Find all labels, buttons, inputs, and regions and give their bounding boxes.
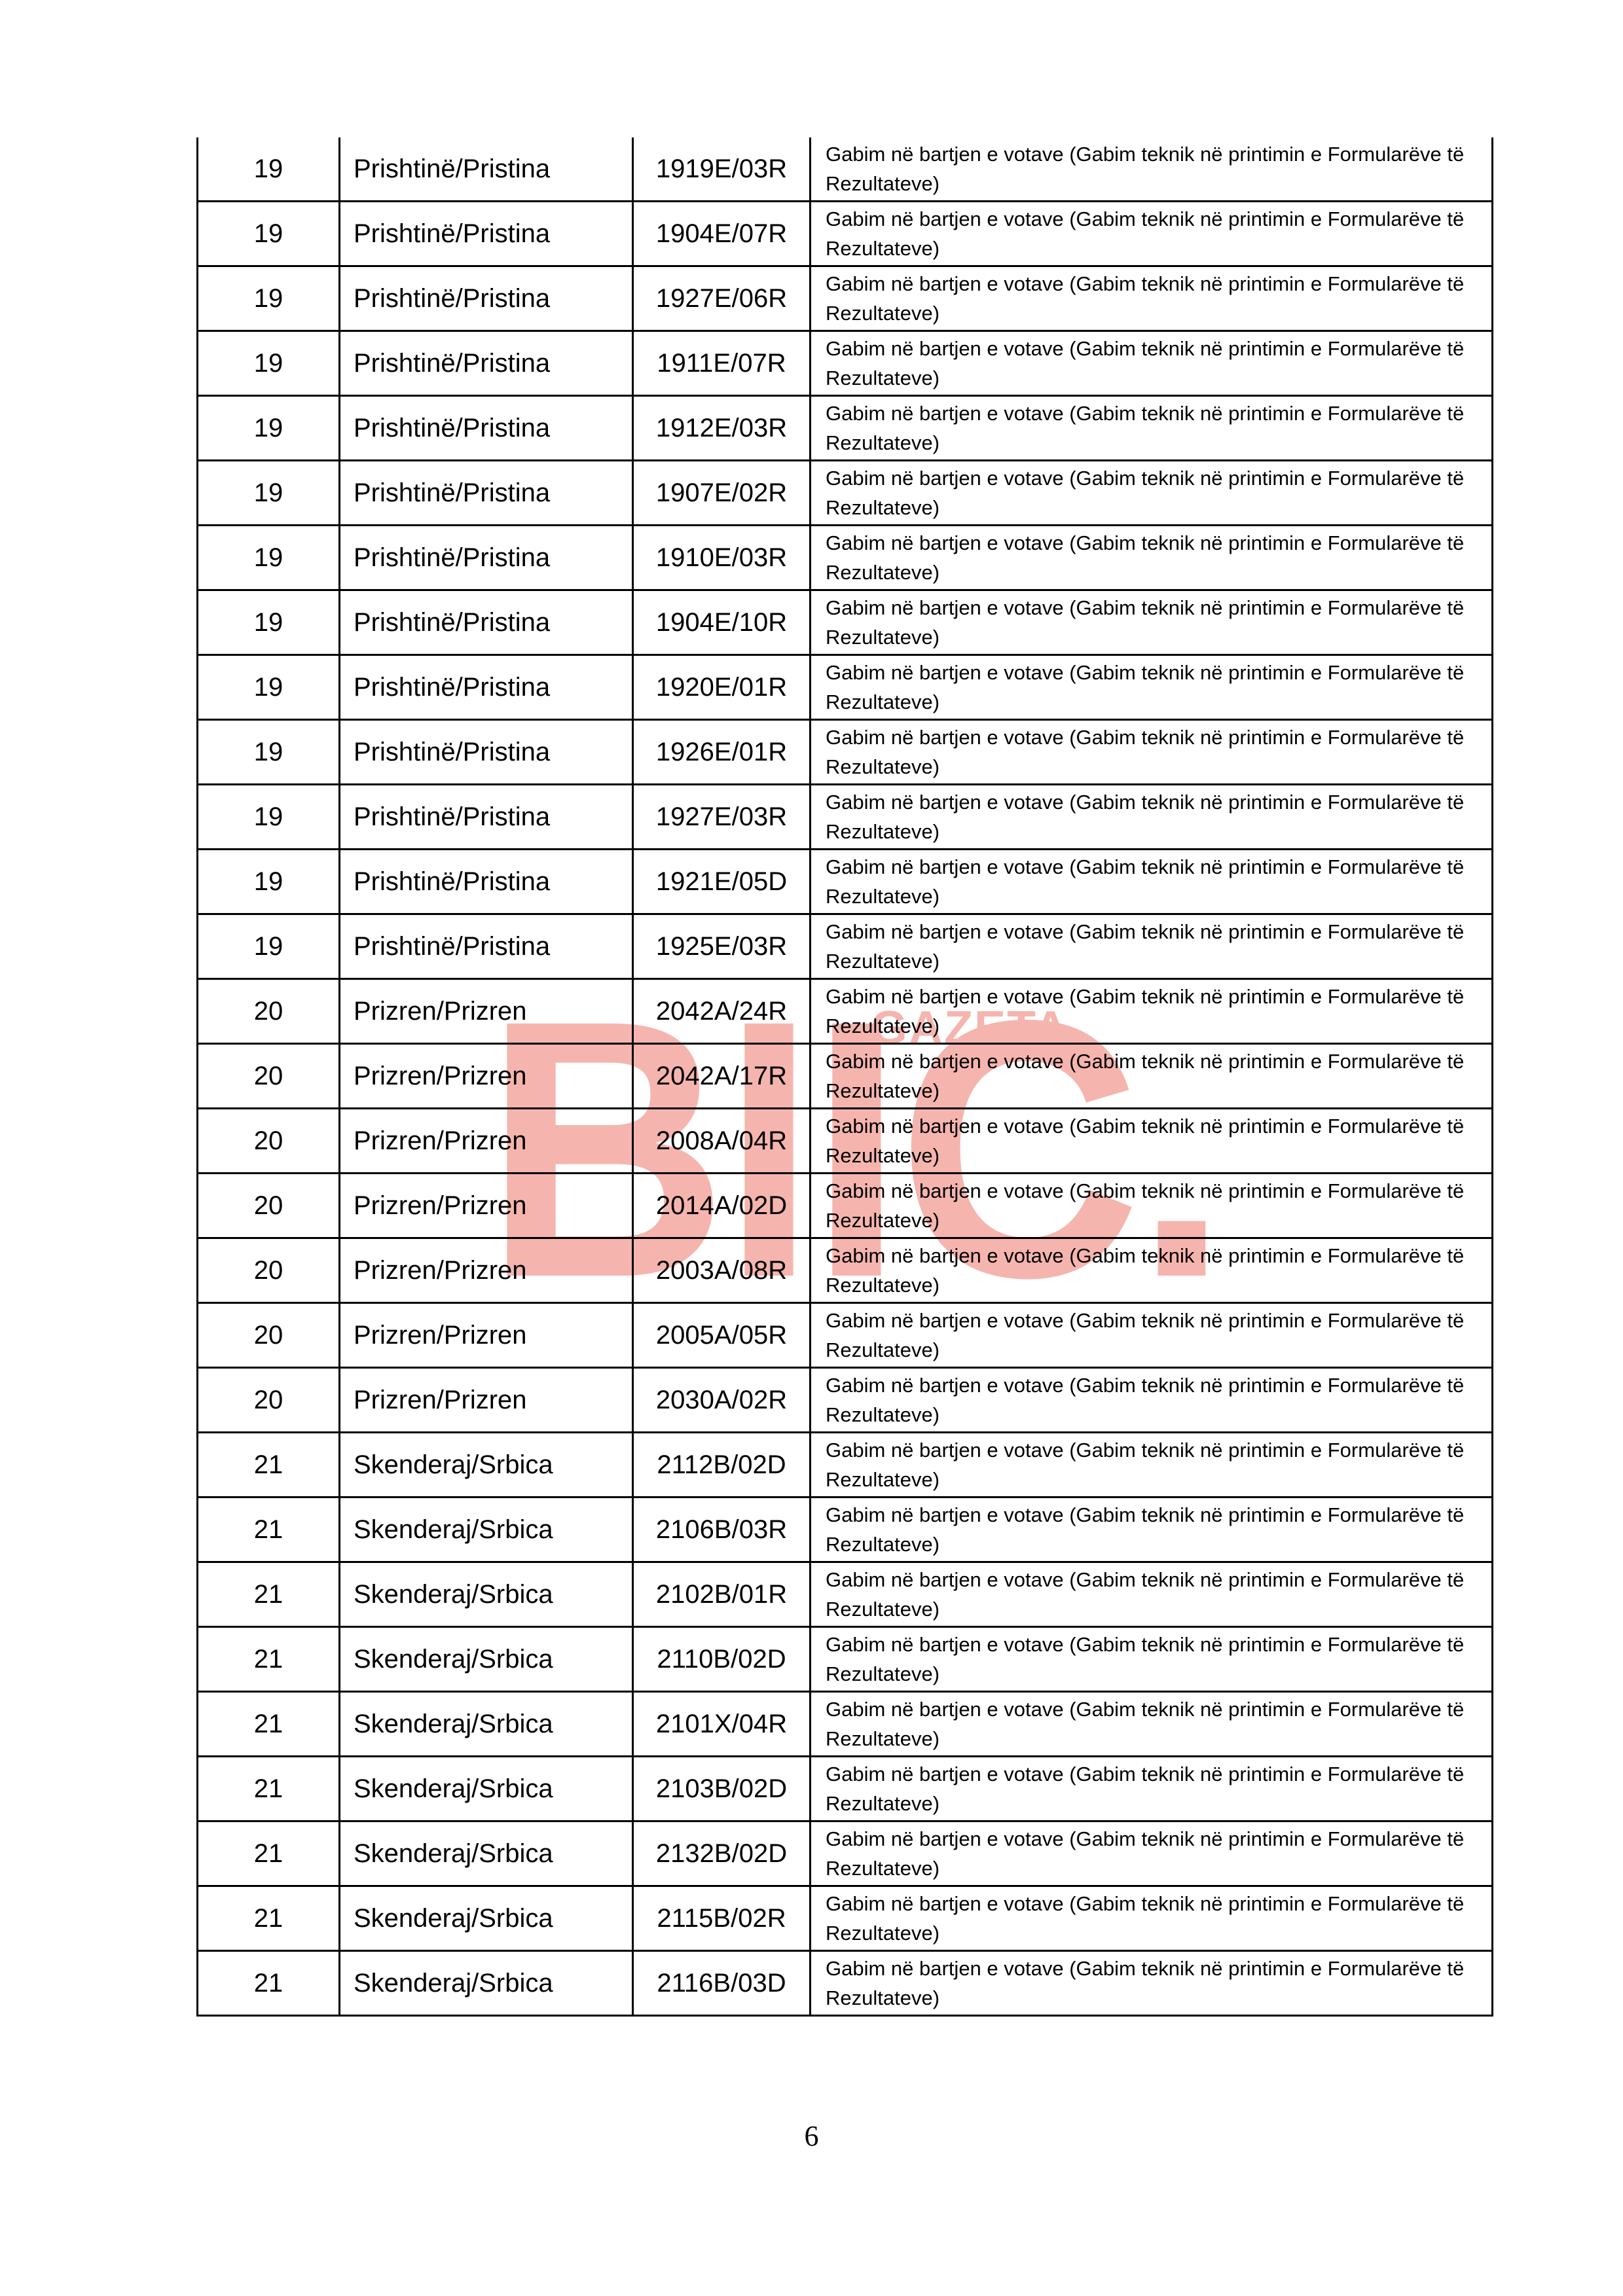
- municipality-name-cell: Prishtinë/Pristina: [340, 850, 633, 914]
- table-row: 19 Prishtinë/Pristina 1920E/01R Gabim në…: [198, 655, 1493, 720]
- reason-cell: Gabim në bartjen e votave (Gabim teknik …: [811, 914, 1493, 979]
- municipality-name-cell: Skenderaj/Srbica: [340, 1562, 633, 1627]
- polling-station-code-cell: 2101X/04R: [633, 1692, 811, 1757]
- municipality-number-cell: 21: [198, 1498, 340, 1562]
- municipality-number-cell: 19: [198, 590, 340, 655]
- table-row: 19 Prishtinë/Pristina 1926E/01R Gabim në…: [198, 720, 1493, 785]
- municipality-name-cell: Prishtinë/Pristina: [340, 396, 633, 461]
- table-row: 19 Prishtinë/Pristina 1911E/07R Gabim në…: [198, 331, 1493, 396]
- municipality-number-cell: 21: [198, 1757, 340, 1821]
- municipality-number-cell: 19: [198, 655, 340, 720]
- reason-cell: Gabim në bartjen e votave (Gabim teknik …: [811, 850, 1493, 914]
- document-page: 19 Prishtinë/Pristina 1919E/03R Gabim në…: [0, 0, 1623, 2296]
- polling-station-code-cell: 1925E/03R: [633, 914, 811, 979]
- municipality-name-cell: Skenderaj/Srbica: [340, 1886, 633, 1951]
- polling-station-code-cell: 1904E/10R: [633, 590, 811, 655]
- reason-cell: Gabim në bartjen e votave (Gabim teknik …: [811, 266, 1493, 331]
- municipality-name-cell: Prizren/Prizren: [340, 1303, 633, 1368]
- municipality-number-cell: 19: [198, 785, 340, 850]
- municipality-name-cell: Skenderaj/Srbica: [340, 1498, 633, 1562]
- table-row: 21 Skenderaj/Srbica 2101X/04R Gabim në b…: [198, 1692, 1493, 1757]
- municipality-number-cell: 21: [198, 1692, 340, 1757]
- polling-station-code-cell: 2106B/03R: [633, 1498, 811, 1562]
- polling-station-code-cell: 2102B/01R: [633, 1562, 811, 1627]
- municipality-name-cell: Prizren/Prizren: [340, 1174, 633, 1238]
- table-row: 21 Skenderaj/Srbica 2116B/03D Gabim në b…: [198, 1951, 1493, 2016]
- municipality-number-cell: 19: [198, 461, 340, 526]
- polling-station-code-cell: 1920E/01R: [633, 655, 811, 720]
- municipality-number-cell: 21: [198, 1821, 340, 1886]
- table-row: 19 Prishtinë/Pristina 1927E/03R Gabim në…: [198, 785, 1493, 850]
- polling-station-code-cell: 2014A/02D: [633, 1174, 811, 1238]
- municipality-number-cell: 19: [198, 396, 340, 461]
- reason-cell: Gabim në bartjen e votave (Gabim teknik …: [811, 785, 1493, 850]
- municipality-number-cell: 20: [198, 979, 340, 1044]
- table-row: 19 Prishtinë/Pristina 1912E/03R Gabim në…: [198, 396, 1493, 461]
- municipality-name-cell: Prizren/Prizren: [340, 979, 633, 1044]
- polling-station-code-cell: 2110B/02D: [633, 1627, 811, 1692]
- municipality-name-cell: Prishtinë/Pristina: [340, 526, 633, 590]
- table-row: 19 Prishtinë/Pristina 1904E/07R Gabim në…: [198, 202, 1493, 266]
- municipality-name-cell: Prishtinë/Pristina: [340, 266, 633, 331]
- polling-station-code-cell: 1912E/03R: [633, 396, 811, 461]
- polling-station-code-cell: 1921E/05D: [633, 850, 811, 914]
- polling-station-code-cell: 2132B/02D: [633, 1821, 811, 1886]
- reason-cell: Gabim në bartjen e votave (Gabim teknik …: [811, 396, 1493, 461]
- municipality-number-cell: 19: [198, 914, 340, 979]
- municipality-name-cell: Skenderaj/Srbica: [340, 1433, 633, 1498]
- municipality-number-cell: 21: [198, 1951, 340, 2016]
- municipality-number-cell: 19: [198, 331, 340, 396]
- table-row: 21 Skenderaj/Srbica 2106B/03R Gabim në b…: [198, 1498, 1493, 1562]
- reason-cell: Gabim në bartjen e votave (Gabim teknik …: [811, 1627, 1493, 1692]
- page-number: 6: [0, 2119, 1623, 2153]
- polling-station-code-cell: 1927E/06R: [633, 266, 811, 331]
- polling-station-code-cell: 2030A/02R: [633, 1368, 811, 1433]
- table-row: 19 Prishtinë/Pristina 1910E/03R Gabim në…: [198, 526, 1493, 590]
- reason-cell: Gabim në bartjen e votave (Gabim teknik …: [811, 1498, 1493, 1562]
- reason-cell: Gabim në bartjen e votave (Gabim teknik …: [811, 1821, 1493, 1886]
- municipality-name-cell: Prizren/Prizren: [340, 1368, 633, 1433]
- municipality-name-cell: Prishtinë/Pristina: [340, 914, 633, 979]
- polling-station-code-cell: 2042A/24R: [633, 979, 811, 1044]
- municipality-number-cell: 20: [198, 1044, 340, 1109]
- reason-cell: Gabim në bartjen e votave (Gabim teknik …: [811, 1368, 1493, 1433]
- polling-station-code-cell: 1904E/07R: [633, 202, 811, 266]
- polling-station-code-cell: 1911E/07R: [633, 331, 811, 396]
- municipality-name-cell: Prishtinë/Pristina: [340, 590, 633, 655]
- reason-cell: Gabim në bartjen e votave (Gabim teknik …: [811, 1886, 1493, 1951]
- reason-cell: Gabim në bartjen e votave (Gabim teknik …: [811, 1044, 1493, 1109]
- municipality-number-cell: 21: [198, 1886, 340, 1951]
- municipality-number-cell: 20: [198, 1174, 340, 1238]
- table-row: 20 Prizren/Prizren 2042A/24R Gabim në ba…: [198, 979, 1493, 1044]
- municipality-name-cell: Prishtinë/Pristina: [340, 202, 633, 266]
- reason-cell: Gabim në bartjen e votave (Gabim teknik …: [811, 526, 1493, 590]
- municipality-number-cell: 19: [198, 526, 340, 590]
- reason-cell: Gabim në bartjen e votave (Gabim teknik …: [811, 1562, 1493, 1627]
- table-row: 20 Prizren/Prizren 2030A/02R Gabim në ba…: [198, 1368, 1493, 1433]
- reason-cell: Gabim në bartjen e votave (Gabim teknik …: [811, 1174, 1493, 1238]
- municipality-name-cell: Prizren/Prizren: [340, 1238, 633, 1303]
- municipality-name-cell: Prishtinë/Pristina: [340, 655, 633, 720]
- polling-station-code-cell: 1927E/03R: [633, 785, 811, 850]
- table-row: 21 Skenderaj/Srbica 2110B/02D Gabim në b…: [198, 1627, 1493, 1692]
- polling-station-code-cell: 1926E/01R: [633, 720, 811, 785]
- municipality-number-cell: 20: [198, 1303, 340, 1368]
- municipality-name-cell: Prishtinë/Pristina: [340, 331, 633, 396]
- table-row: 21 Skenderaj/Srbica 2102B/01R Gabim në b…: [198, 1562, 1493, 1627]
- table-row: 21 Skenderaj/Srbica 2115B/02R Gabim në b…: [198, 1886, 1493, 1951]
- table-row: 21 Skenderaj/Srbica 2132B/02D Gabim në b…: [198, 1821, 1493, 1886]
- reason-cell: Gabim në bartjen e votave (Gabim teknik …: [811, 720, 1493, 785]
- municipality-name-cell: Skenderaj/Srbica: [340, 1692, 633, 1757]
- polling-station-results-table: 19 Prishtinë/Pristina 1919E/03R Gabim në…: [196, 137, 1493, 2017]
- table-row: 20 Prizren/Prizren 2042A/17R Gabim në ba…: [198, 1044, 1493, 1109]
- municipality-number-cell: 21: [198, 1433, 340, 1498]
- municipality-number-cell: 19: [198, 850, 340, 914]
- municipality-number-cell: 20: [198, 1238, 340, 1303]
- reason-cell: Gabim në bartjen e votave (Gabim teknik …: [811, 331, 1493, 396]
- polling-station-code-cell: 1907E/02R: [633, 461, 811, 526]
- polling-station-code-cell: 2112B/02D: [633, 1433, 811, 1498]
- table-row: 19 Prishtinë/Pristina 1919E/03R Gabim në…: [198, 137, 1493, 202]
- polling-station-code-cell: 2116B/03D: [633, 1951, 811, 2016]
- reason-cell: Gabim në bartjen e votave (Gabim teknik …: [811, 137, 1493, 202]
- table-body: 19 Prishtinë/Pristina 1919E/03R Gabim në…: [198, 137, 1493, 2016]
- polling-station-code-cell: 1910E/03R: [633, 526, 811, 590]
- table-row: 19 Prishtinë/Pristina 1904E/10R Gabim në…: [198, 590, 1493, 655]
- table-row: 21 Skenderaj/Srbica 2103B/02D Gabim në b…: [198, 1757, 1493, 1821]
- polling-station-code-cell: 2008A/04R: [633, 1109, 811, 1174]
- reason-cell: Gabim në bartjen e votave (Gabim teknik …: [811, 1757, 1493, 1821]
- municipality-number-cell: 19: [198, 202, 340, 266]
- reason-cell: Gabim në bartjen e votave (Gabim teknik …: [811, 1238, 1493, 1303]
- municipality-number-cell: 19: [198, 720, 340, 785]
- table-row: 20 Prizren/Prizren 2014A/02D Gabim në ba…: [198, 1174, 1493, 1238]
- polling-station-code-cell: 2005A/05R: [633, 1303, 811, 1368]
- municipality-name-cell: Skenderaj/Srbica: [340, 1821, 633, 1886]
- table-row: 19 Prishtinë/Pristina 1907E/02R Gabim në…: [198, 461, 1493, 526]
- municipality-number-cell: 19: [198, 266, 340, 331]
- reason-cell: Gabim në bartjen e votave (Gabim teknik …: [811, 655, 1493, 720]
- table-row: 20 Prizren/Prizren 2008A/04R Gabim në ba…: [198, 1109, 1493, 1174]
- polling-station-code-cell: 1919E/03R: [633, 137, 811, 202]
- reason-cell: Gabim në bartjen e votave (Gabim teknik …: [811, 1433, 1493, 1498]
- table-row: 21 Skenderaj/Srbica 2112B/02D Gabim në b…: [198, 1433, 1493, 1498]
- table-row: 19 Prishtinë/Pristina 1927E/06R Gabim në…: [198, 266, 1493, 331]
- municipality-number-cell: 20: [198, 1109, 340, 1174]
- municipality-number-cell: 21: [198, 1627, 340, 1692]
- municipality-name-cell: Prishtinë/Pristina: [340, 137, 633, 202]
- municipality-number-cell: 19: [198, 137, 340, 202]
- municipality-name-cell: Prishtinë/Pristina: [340, 785, 633, 850]
- municipality-name-cell: Prizren/Prizren: [340, 1109, 633, 1174]
- table-row: 19 Prishtinë/Pristina 1925E/03R Gabim në…: [198, 914, 1493, 979]
- municipality-number-cell: 21: [198, 1562, 340, 1627]
- reason-cell: Gabim në bartjen e votave (Gabim teknik …: [811, 202, 1493, 266]
- table-row: 20 Prizren/Prizren 2005A/05R Gabim në ba…: [198, 1303, 1493, 1368]
- reason-cell: Gabim në bartjen e votave (Gabim teknik …: [811, 1303, 1493, 1368]
- polling-station-code-cell: 2103B/02D: [633, 1757, 811, 1821]
- municipality-name-cell: Skenderaj/Srbica: [340, 1951, 633, 2016]
- municipality-number-cell: 20: [198, 1368, 340, 1433]
- table-row: 20 Prizren/Prizren 2003A/08R Gabim në ba…: [198, 1238, 1493, 1303]
- reason-cell: Gabim në bartjen e votave (Gabim teknik …: [811, 1692, 1493, 1757]
- polling-station-code-cell: 2042A/17R: [633, 1044, 811, 1109]
- reason-cell: Gabim në bartjen e votave (Gabim teknik …: [811, 590, 1493, 655]
- municipality-name-cell: Skenderaj/Srbica: [340, 1627, 633, 1692]
- polling-station-code-cell: 2003A/08R: [633, 1238, 811, 1303]
- municipality-name-cell: Skenderaj/Srbica: [340, 1757, 633, 1821]
- polling-station-code-cell: 2115B/02R: [633, 1886, 811, 1951]
- municipality-name-cell: Prizren/Prizren: [340, 1044, 633, 1109]
- reason-cell: Gabim në bartjen e votave (Gabim teknik …: [811, 461, 1493, 526]
- municipality-name-cell: Prishtinë/Pristina: [340, 720, 633, 785]
- municipality-name-cell: Prishtinë/Pristina: [340, 461, 633, 526]
- table-row: 19 Prishtinë/Pristina 1921E/05D Gabim në…: [198, 850, 1493, 914]
- reason-cell: Gabim në bartjen e votave (Gabim teknik …: [811, 979, 1493, 1044]
- reason-cell: Gabim në bartjen e votave (Gabim teknik …: [811, 1109, 1493, 1174]
- reason-cell: Gabim në bartjen e votave (Gabim teknik …: [811, 1951, 1493, 2016]
